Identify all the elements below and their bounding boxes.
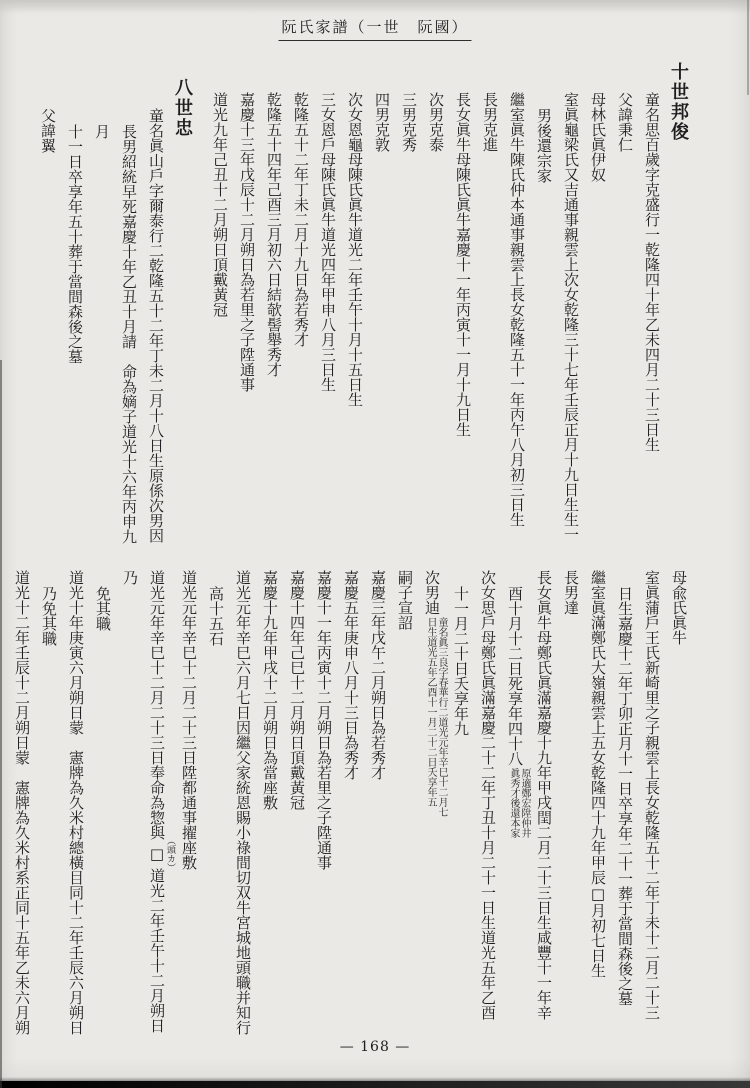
text-column: 嘉慶十九年甲戌十二月朔日為當座敷 [256, 540, 283, 1045]
text-column: 日生嘉慶十二年丁卯正月十一日卒享年二十一葬于當間森後之墓 [611, 540, 638, 1045]
scan-edge-right [747, 0, 749, 95]
text-column: 道光元年辛巳十二月二十三日奉命為惣與□（頭カ）道光二年壬午十二月朔日乃 [116, 540, 175, 1045]
text-column: 嘉慶十四年己巳十二月朔日頂戴黃冠 [283, 540, 310, 1045]
page-title: 阮氏家譜（一世 阮國） [278, 16, 471, 41]
text-column: 十一月二十日夭享年九 [447, 540, 474, 1045]
text-column: 十一日卒享年五十葬于當間森後之墓 [61, 62, 88, 550]
text-column: 道光十二年壬辰十二月朔日蒙 憲牌為久米村系正同十五年乙未六月朔 [8, 540, 35, 1045]
page-number: — 168 — [0, 1039, 750, 1055]
text-column: 嗣子宣詔 [391, 540, 418, 1045]
text-column: 道光九年己丑十二月朔日頂戴黃冠 [206, 62, 233, 550]
text-column: 乾隆五十四年己酉三月初六日結欹髻舉秀才 [260, 62, 287, 550]
text-column: 乃免其職 [35, 540, 62, 1045]
text-column: 次男迪童名眞三良字春華行二道光元年辛巳十二月七日生道光五年乙酉十一月二十二日夭享… [418, 540, 447, 1045]
text-column: 次女恩龜母陳氏眞牛道光二年壬午十月十五日生 [341, 62, 368, 550]
inline-small-note-line: 日生道光五年乙酉十一月二十二日夭享年五 [425, 617, 436, 817]
inline-small-note-line: 眞秀才後還本家 [508, 768, 519, 838]
scan-edge-bottom [0, 1081, 750, 1088]
text-column: 長女眞牛母陳氏眞牛嘉慶十一年丙寅十一月十九日生 [449, 62, 476, 550]
scan-edge-left [0, 360, 2, 1088]
inline-small-note: 原適鄭宏陞仲井眞秀才後還本家 [508, 768, 530, 838]
band-top: 十世邦俊童名思百歲字克盛行一乾隆四十年乙未四月二十三日生父諱秉仁母林氏眞伊奴室眞… [34, 62, 692, 550]
genealogy-section: 十世邦俊童名思百歲字克盛行一乾隆四十年乙未四月二十三日生父諱秉仁母林氏眞伊奴室眞… [206, 62, 692, 550]
illegible-char-ruby-note: □（頭カ） [148, 840, 166, 868]
text-column: 母兪氏眞牛 [665, 540, 692, 1045]
text-column: 次男克泰 [422, 62, 449, 550]
text-column: 高十五石 [202, 540, 229, 1045]
text-column: 道光元年辛巳六月七日因繼父家統恩賜小祿間切双牛宮城地頭職并知行 [229, 540, 256, 1045]
text-column: 父諱秉仁 [611, 62, 638, 550]
text-column: 繼室眞牛陳氏仲本通事親雲上長女乾隆五十一年丙午八月初三日生 [503, 62, 530, 550]
text-column: 童名思百歲字克盛行一乾隆四十年乙未四月二十三日生 [638, 62, 665, 550]
text-column: 酉十月十二日死享年四十八原適鄭宏陞仲井眞秀才後還本家 [501, 540, 530, 1045]
text-column: 室眞龜梁氏又吉通事親雲上次女乾隆三十七年壬辰正月十九日生生一 [557, 62, 584, 550]
text-column: 嘉慶十一年丙寅十二月朔日為若里之子陞通事 [310, 540, 337, 1045]
inline-small-note-line: 童名眞三良字春華行二道光元年辛巳十二月七 [436, 617, 447, 817]
text-column: 室眞蒲戶王氏新崎里之子親雲上長女乾隆五十二年丁未十二月二十三 [638, 540, 665, 1045]
text-column: 嘉慶三年戊午二月朔日為若秀才 [364, 540, 391, 1045]
text-column: 免其職 [89, 540, 116, 1045]
text-column: 三女恩戶母陳氏眞牛道光四年甲申八月三日生 [314, 62, 341, 550]
text-column: 父諱翼 [34, 62, 61, 550]
text-column: 道光元年辛巳十二月二十三日陞都通事擢座敷 [175, 540, 202, 1045]
text-column: 長男紹統早死嘉慶十年乙丑十月請 命為嫡子道光十六年丙申九月 [88, 62, 142, 550]
text-column: 繼室眞滿鄭氏大嶺親雲上五女乾隆四十九年甲辰□月初七日生 [584, 540, 611, 1045]
genealogy-section: 母兪氏眞牛室眞蒲戶王氏新崎里之子親雲上長女乾隆五十二年丁未十二月二十三日生嘉慶十… [8, 540, 692, 1045]
text-column: 道光十年庚寅六月朔日蒙 憲牌為久米村總橫目同十二年壬辰六月朔日 [62, 540, 89, 1045]
text-column: 長男達 [557, 540, 584, 1045]
text-column: 母林氏眞伊奴 [584, 62, 611, 550]
section-header: 十世邦俊 [665, 62, 692, 550]
genealogy-page: 阮氏家譜（一世 阮國） 十世邦俊童名思百歲字克盛行一乾隆四十年乙未四月二十三日生… [0, 0, 750, 1088]
section-header: 八世忠 [169, 62, 196, 550]
text-column: 嘉慶十三年戊辰十二月朔日為若里之子陞通事 [233, 62, 260, 550]
text-column: 男後還宗家 [530, 62, 557, 550]
inline-small-note: 童名眞三良字春華行二道光元年辛巳十二月七日生道光五年乙酉十一月二十二日夭享年五 [425, 617, 447, 817]
text-column: 次女思戶母鄭氏眞滿嘉慶二十二年丁丑十月二十一日生道光五年乙酉 [474, 540, 501, 1045]
band-bottom: 母兪氏眞牛室眞蒲戶王氏新崎里之子親雲上長女乾隆五十二年丁未十二月二十三日生嘉慶十… [8, 540, 692, 1045]
text-column: 長女眞牛母鄭氏眞滿嘉慶十九年甲戌閏二月二十三日生咸豐十一年辛 [530, 540, 557, 1045]
text-column: 童名眞山戶字爾泰行二乾隆五十二年丁未二月十八日生原係次男因 [142, 62, 169, 550]
text-column: 乾隆五十二年丁未二月十九日為若秀才 [287, 62, 314, 550]
text-column: 長男克進 [476, 62, 503, 550]
inline-small-note-line: 原適鄭宏陞仲井 [519, 768, 530, 838]
genealogy-section: 八世忠童名眞山戶字爾泰行二乾隆五十二年丁未二月十八日生原係次男因長男紹統早死嘉慶… [34, 62, 196, 550]
text-column: 嘉慶五年庚申八月十三日為秀才 [337, 540, 364, 1045]
text-column: 三男克秀 [395, 62, 422, 550]
text-column: 四男克敦 [368, 62, 395, 550]
